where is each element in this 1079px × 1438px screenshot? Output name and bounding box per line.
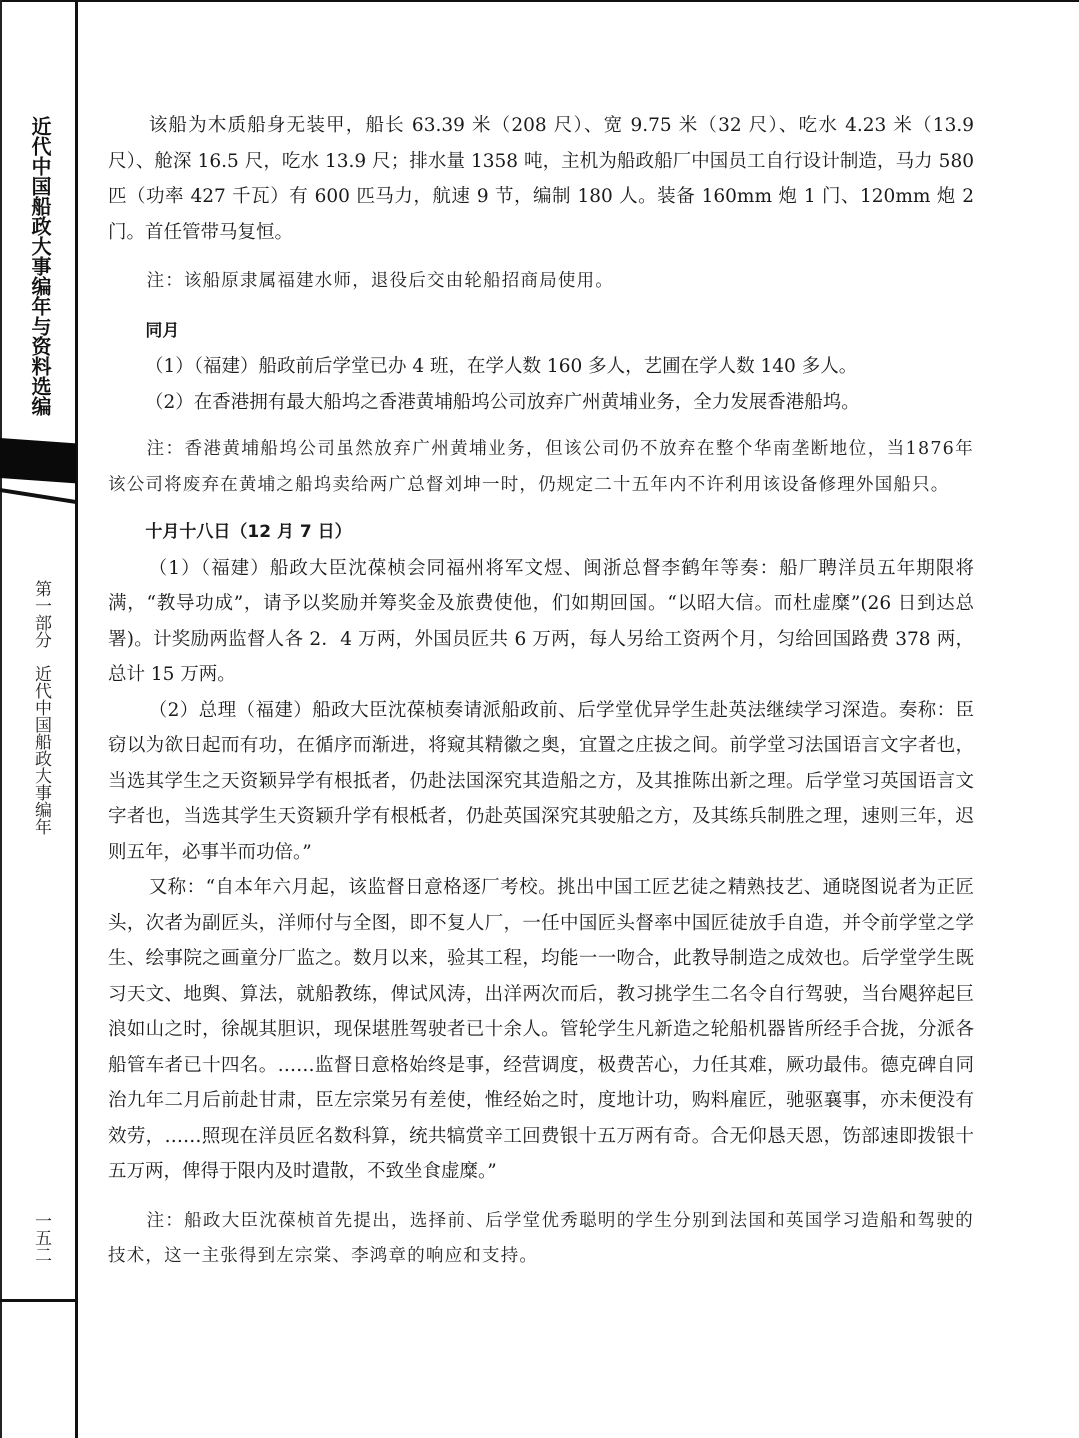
ship-description-paragraph: 该船为木质船身无装甲，船长 63.39 米（208 尺）、宽 9.75 米（32… <box>108 108 974 250</box>
book-title-running-head: 近代中国船政大事编年与资料选编 <box>22 116 52 416</box>
decorative-band-thin <box>0 488 76 504</box>
date-item-paragraph: （1）（福建）船政大臣沈葆桢会同福州将军文煜、闽浙总督李鹤年等奏：船厂聘洋员五年… <box>108 551 974 693</box>
page-number-rule <box>0 1299 78 1302</box>
margin-divider-line <box>75 0 78 1438</box>
page-number: 一五二 <box>28 1212 52 1263</box>
section-heading-date: 十月十八日（12 月 7 日） <box>108 515 974 551</box>
quote-paragraph: 又称：“自本年六月起，该监督日意格逐厂考校。挑出中国工匠艺徒之精熟技艺、通晓图说… <box>108 870 974 1190</box>
decorative-band <box>0 438 76 483</box>
page-body: 该船为木质船身无装甲，船长 63.39 米（208 尺）、宽 9.75 米（32… <box>108 108 974 1275</box>
page-top-border <box>0 0 1079 2</box>
note-paragraph: 注：该船原隶属福建水师，退役后交由轮船招商局使用。 <box>108 264 974 300</box>
section-heading-same-month: 同月 <box>108 314 974 350</box>
part-title-running-head: 第一部分 近代中国船政大事编年 <box>26 580 52 835</box>
note-paragraph: 注：船政大臣沈葆桢首先提出，选择前、后学堂优秀聪明的学生分别到法国和英国学习造船… <box>108 1204 974 1275</box>
date-item-paragraph: （2）总理（福建）船政大臣沈葆桢奏请派船政前、后学堂优异学生赴英法继续学习深造。… <box>108 693 974 871</box>
page-left-border <box>0 0 2 1438</box>
list-item: （1）（福建）船政前后学堂已办 4 班，在学人数 160 多人，艺圃在学人数 1… <box>108 349 974 385</box>
list-item: （2）在香港拥有最大船坞之香港黄埔船坞公司放弃广州黄埔业务，全力发展香港船坞。 <box>108 385 974 421</box>
note-paragraph: 注：香港黄埔船坞公司虽然放弃广州黄埔业务，但该公司仍不放弃在整个华南垄断地位，当… <box>108 432 974 503</box>
